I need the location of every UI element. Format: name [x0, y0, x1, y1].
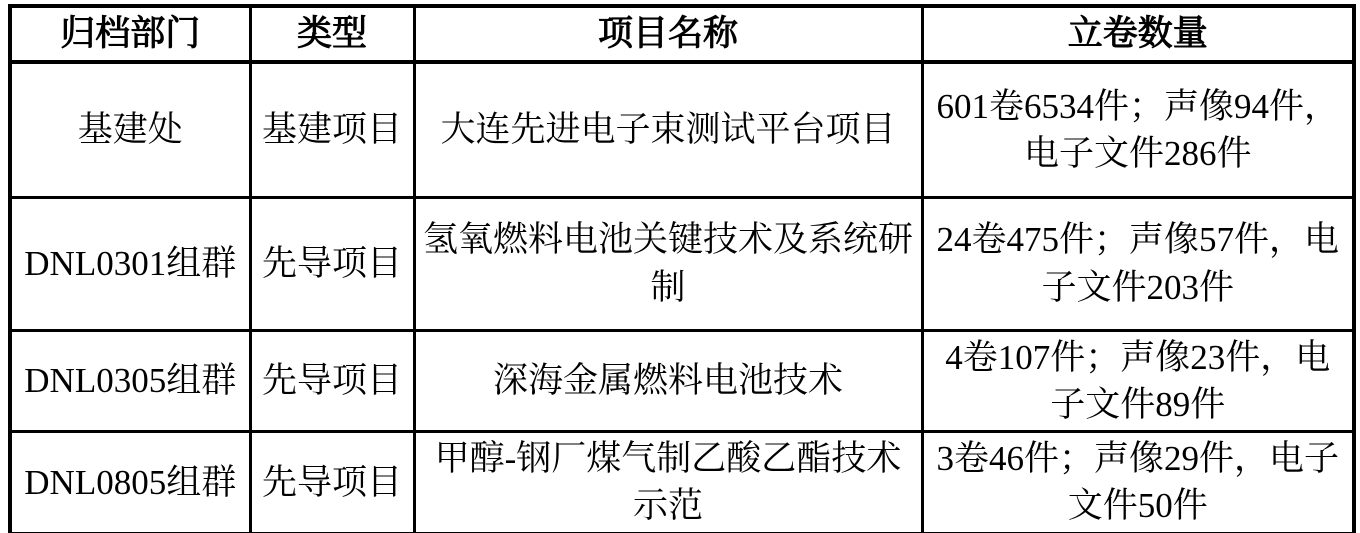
table-header-row: 归档部门 类型 项目名称 立卷数量 — [10, 6, 1354, 62]
cell-project-name: 深海金属燃料电池技术 — [414, 330, 922, 432]
cell-department: DNL0301组群 — [10, 197, 250, 330]
table-row: 基建处 基建项目 大连先进电子束测试平台项目 601卷6534件；声像94件，电… — [10, 62, 1354, 197]
cell-type: 先导项目 — [250, 330, 414, 432]
cell-filing-quantity: 24卷475件；声像57件，电子文件203件 — [922, 197, 1354, 330]
cell-filing-quantity: 4卷107件；声像23件，电子文件89件 — [922, 330, 1354, 432]
header-type: 类型 — [250, 6, 414, 62]
cell-type: 先导项目 — [250, 197, 414, 330]
cell-filing-quantity: 601卷6534件；声像94件，电子文件286件 — [922, 62, 1354, 197]
cell-project-name: 氢氧燃料电池关键技术及系统研制 — [414, 197, 922, 330]
header-department: 归档部门 — [10, 6, 250, 62]
cell-department: 基建处 — [10, 62, 250, 197]
cell-type: 基建项目 — [250, 62, 414, 197]
cell-project-name: 大连先进电子束测试平台项目 — [414, 62, 922, 197]
cell-project-name: 甲醇-钢厂煤气制乙酸乙酯技术示范 — [414, 432, 922, 533]
table-row: DNL0305组群 先导项目 深海金属燃料电池技术 4卷107件；声像23件，电… — [10, 330, 1354, 432]
cell-department: DNL0305组群 — [10, 330, 250, 432]
table-row: DNL0301组群 先导项目 氢氧燃料电池关键技术及系统研制 24卷475件；声… — [10, 197, 1354, 330]
cell-department: DNL0805组群 — [10, 432, 250, 533]
header-filing-quantity: 立卷数量 — [922, 6, 1354, 62]
archive-filing-table: 归档部门 类型 项目名称 立卷数量 基建处 基建项目 大连先进电子束测试平台项目… — [8, 4, 1356, 533]
table-row: DNL0805组群 先导项目 甲醇-钢厂煤气制乙酸乙酯技术示范 3卷46件；声像… — [10, 432, 1354, 533]
cell-filing-quantity: 3卷46件；声像29件，电子文件50件 — [922, 432, 1354, 533]
cell-type: 先导项目 — [250, 432, 414, 533]
page: 归档部门 类型 项目名称 立卷数量 基建处 基建项目 大连先进电子束测试平台项目… — [0, 0, 1360, 533]
header-project-name: 项目名称 — [414, 6, 922, 62]
